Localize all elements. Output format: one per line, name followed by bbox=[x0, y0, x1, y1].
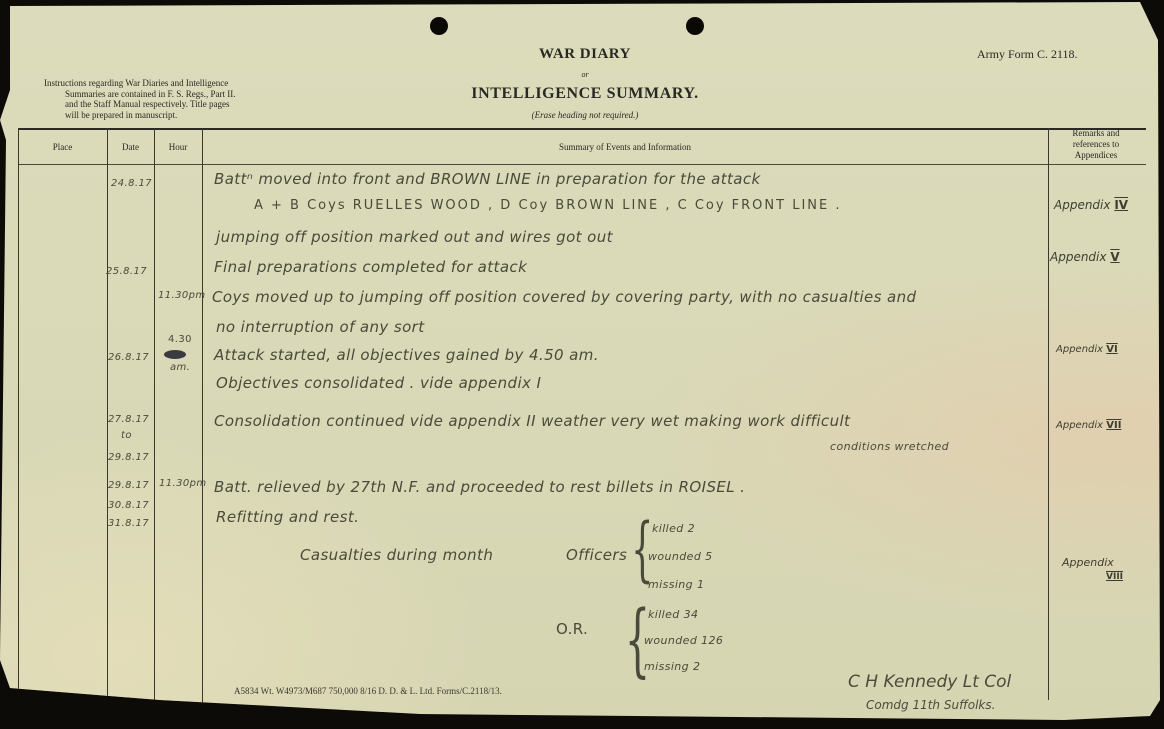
entry-date: 26.8.17 bbox=[108, 352, 149, 363]
table-top-rule bbox=[18, 128, 1146, 130]
war-diary-page: Instructions regarding War Diaries and I… bbox=[0, 0, 1164, 729]
army-form-number: Army Form C. 2118. bbox=[977, 47, 1078, 62]
entry-text: Objectives consolidated . vide appendix … bbox=[216, 374, 541, 392]
entry-text: Attack started, all objectives gained by… bbox=[214, 346, 599, 364]
remark-appendix: Appendix IV bbox=[1054, 198, 1128, 212]
entry-date: 29.8.17 bbox=[108, 480, 149, 491]
header-summary: Summary of Events and Information bbox=[202, 142, 1048, 152]
other-ranks-label: O.R. bbox=[556, 620, 588, 638]
remark-word: Appendix bbox=[1056, 344, 1103, 355]
officers-missing: missing 1 bbox=[648, 578, 704, 591]
header-place: Place bbox=[18, 142, 107, 152]
other-ranks-missing: missing 2 bbox=[644, 660, 700, 673]
remark-appendix: Appendix VIII bbox=[1062, 556, 1123, 584]
title-erase-note: (Erase heading not required.) bbox=[0, 110, 1164, 120]
header-remarks-line: Appendices bbox=[1048, 150, 1144, 161]
entry-text: Refitting and rest. bbox=[216, 508, 359, 526]
ink-smudge bbox=[164, 350, 186, 359]
entry-date-to: to bbox=[121, 430, 132, 441]
header-hour: Hour bbox=[154, 142, 202, 152]
form-print-code: A5834 Wt. W4973/M687 750,000 8/16 D. D. … bbox=[234, 686, 502, 696]
entry-text: conditions wretched bbox=[830, 440, 949, 453]
officers-brace: { bbox=[631, 514, 653, 584]
header-remarks: Remarks and references to Appendices bbox=[1048, 128, 1144, 161]
column-divider bbox=[202, 128, 203, 708]
entry-date: 25.8.17 bbox=[106, 266, 147, 277]
other-ranks-wounded: wounded 126 bbox=[644, 634, 723, 647]
remark-number: VI bbox=[1106, 344, 1117, 355]
entry-hour: 11.30pm bbox=[159, 478, 207, 489]
remark-number: VIII bbox=[1062, 570, 1123, 584]
remark-word: Appendix bbox=[1062, 556, 1123, 570]
remark-number: V bbox=[1110, 250, 1119, 264]
entry-date: 30.8.17 bbox=[108, 500, 149, 511]
officers-killed: killed 2 bbox=[652, 522, 695, 535]
column-divider bbox=[154, 128, 155, 708]
entry-text: jumping off position marked out and wire… bbox=[216, 228, 613, 246]
header-remarks-line: Remarks and bbox=[1048, 128, 1144, 139]
header-remarks-line: references to bbox=[1048, 139, 1144, 150]
entry-date: 27.8.17 bbox=[108, 414, 149, 425]
remark-appendix: Appendix VI bbox=[1056, 344, 1118, 355]
remark-word: Appendix bbox=[1050, 250, 1106, 264]
entry-hour: 4.30 bbox=[168, 334, 192, 345]
header-date: Date bbox=[107, 142, 154, 152]
column-divider bbox=[1048, 128, 1049, 700]
entry-text: Final preparations completed for attack bbox=[214, 258, 527, 276]
remark-appendix: Appendix V bbox=[1050, 250, 1120, 264]
signature-name: C H Kennedy Lt Col bbox=[848, 672, 1011, 692]
punch-hole bbox=[430, 17, 448, 35]
entry-text: no interruption of any sort bbox=[216, 318, 425, 336]
remark-word: Appendix bbox=[1054, 198, 1110, 212]
title-or: or bbox=[0, 70, 1164, 79]
signature-title: Comdg 11th Suffolks. bbox=[866, 698, 995, 712]
title-intelligence-summary: INTELLIGENCE SUMMARY. bbox=[0, 85, 1164, 103]
entry-date: 31.8.17 bbox=[108, 518, 149, 529]
officers-label: Officers bbox=[566, 546, 627, 564]
punch-hole bbox=[686, 17, 704, 35]
column-divider bbox=[18, 128, 19, 692]
entry-date: 29.8.17 bbox=[108, 452, 149, 463]
remark-number: VII bbox=[1106, 420, 1121, 431]
officers-wounded: wounded 5 bbox=[648, 550, 713, 563]
entry-text: Batt. relieved by 27th N.F. and proceede… bbox=[214, 478, 745, 496]
entry-hour: am. bbox=[170, 362, 190, 373]
entry-text: Consolidation continued vide appendix II… bbox=[214, 412, 850, 430]
remark-word: Appendix bbox=[1056, 420, 1103, 431]
entry-date: 24.8.17 bbox=[111, 178, 152, 189]
remark-number: IV bbox=[1114, 198, 1128, 212]
casualties-label: Casualties during month bbox=[300, 546, 493, 564]
header-bottom-rule bbox=[18, 164, 1146, 165]
other-ranks-killed: killed 34 bbox=[648, 608, 698, 621]
remark-appendix: Appendix VII bbox=[1056, 420, 1121, 431]
entry-text: A + B Coys RUELLES WOOD , D Coy BROWN LI… bbox=[254, 198, 842, 213]
entry-hour: 11.30pm bbox=[158, 290, 206, 301]
entry-text: Battⁿ moved into front and BROWN LINE in… bbox=[214, 170, 761, 188]
entry-text: Coys moved up to jumping off position co… bbox=[212, 288, 916, 306]
